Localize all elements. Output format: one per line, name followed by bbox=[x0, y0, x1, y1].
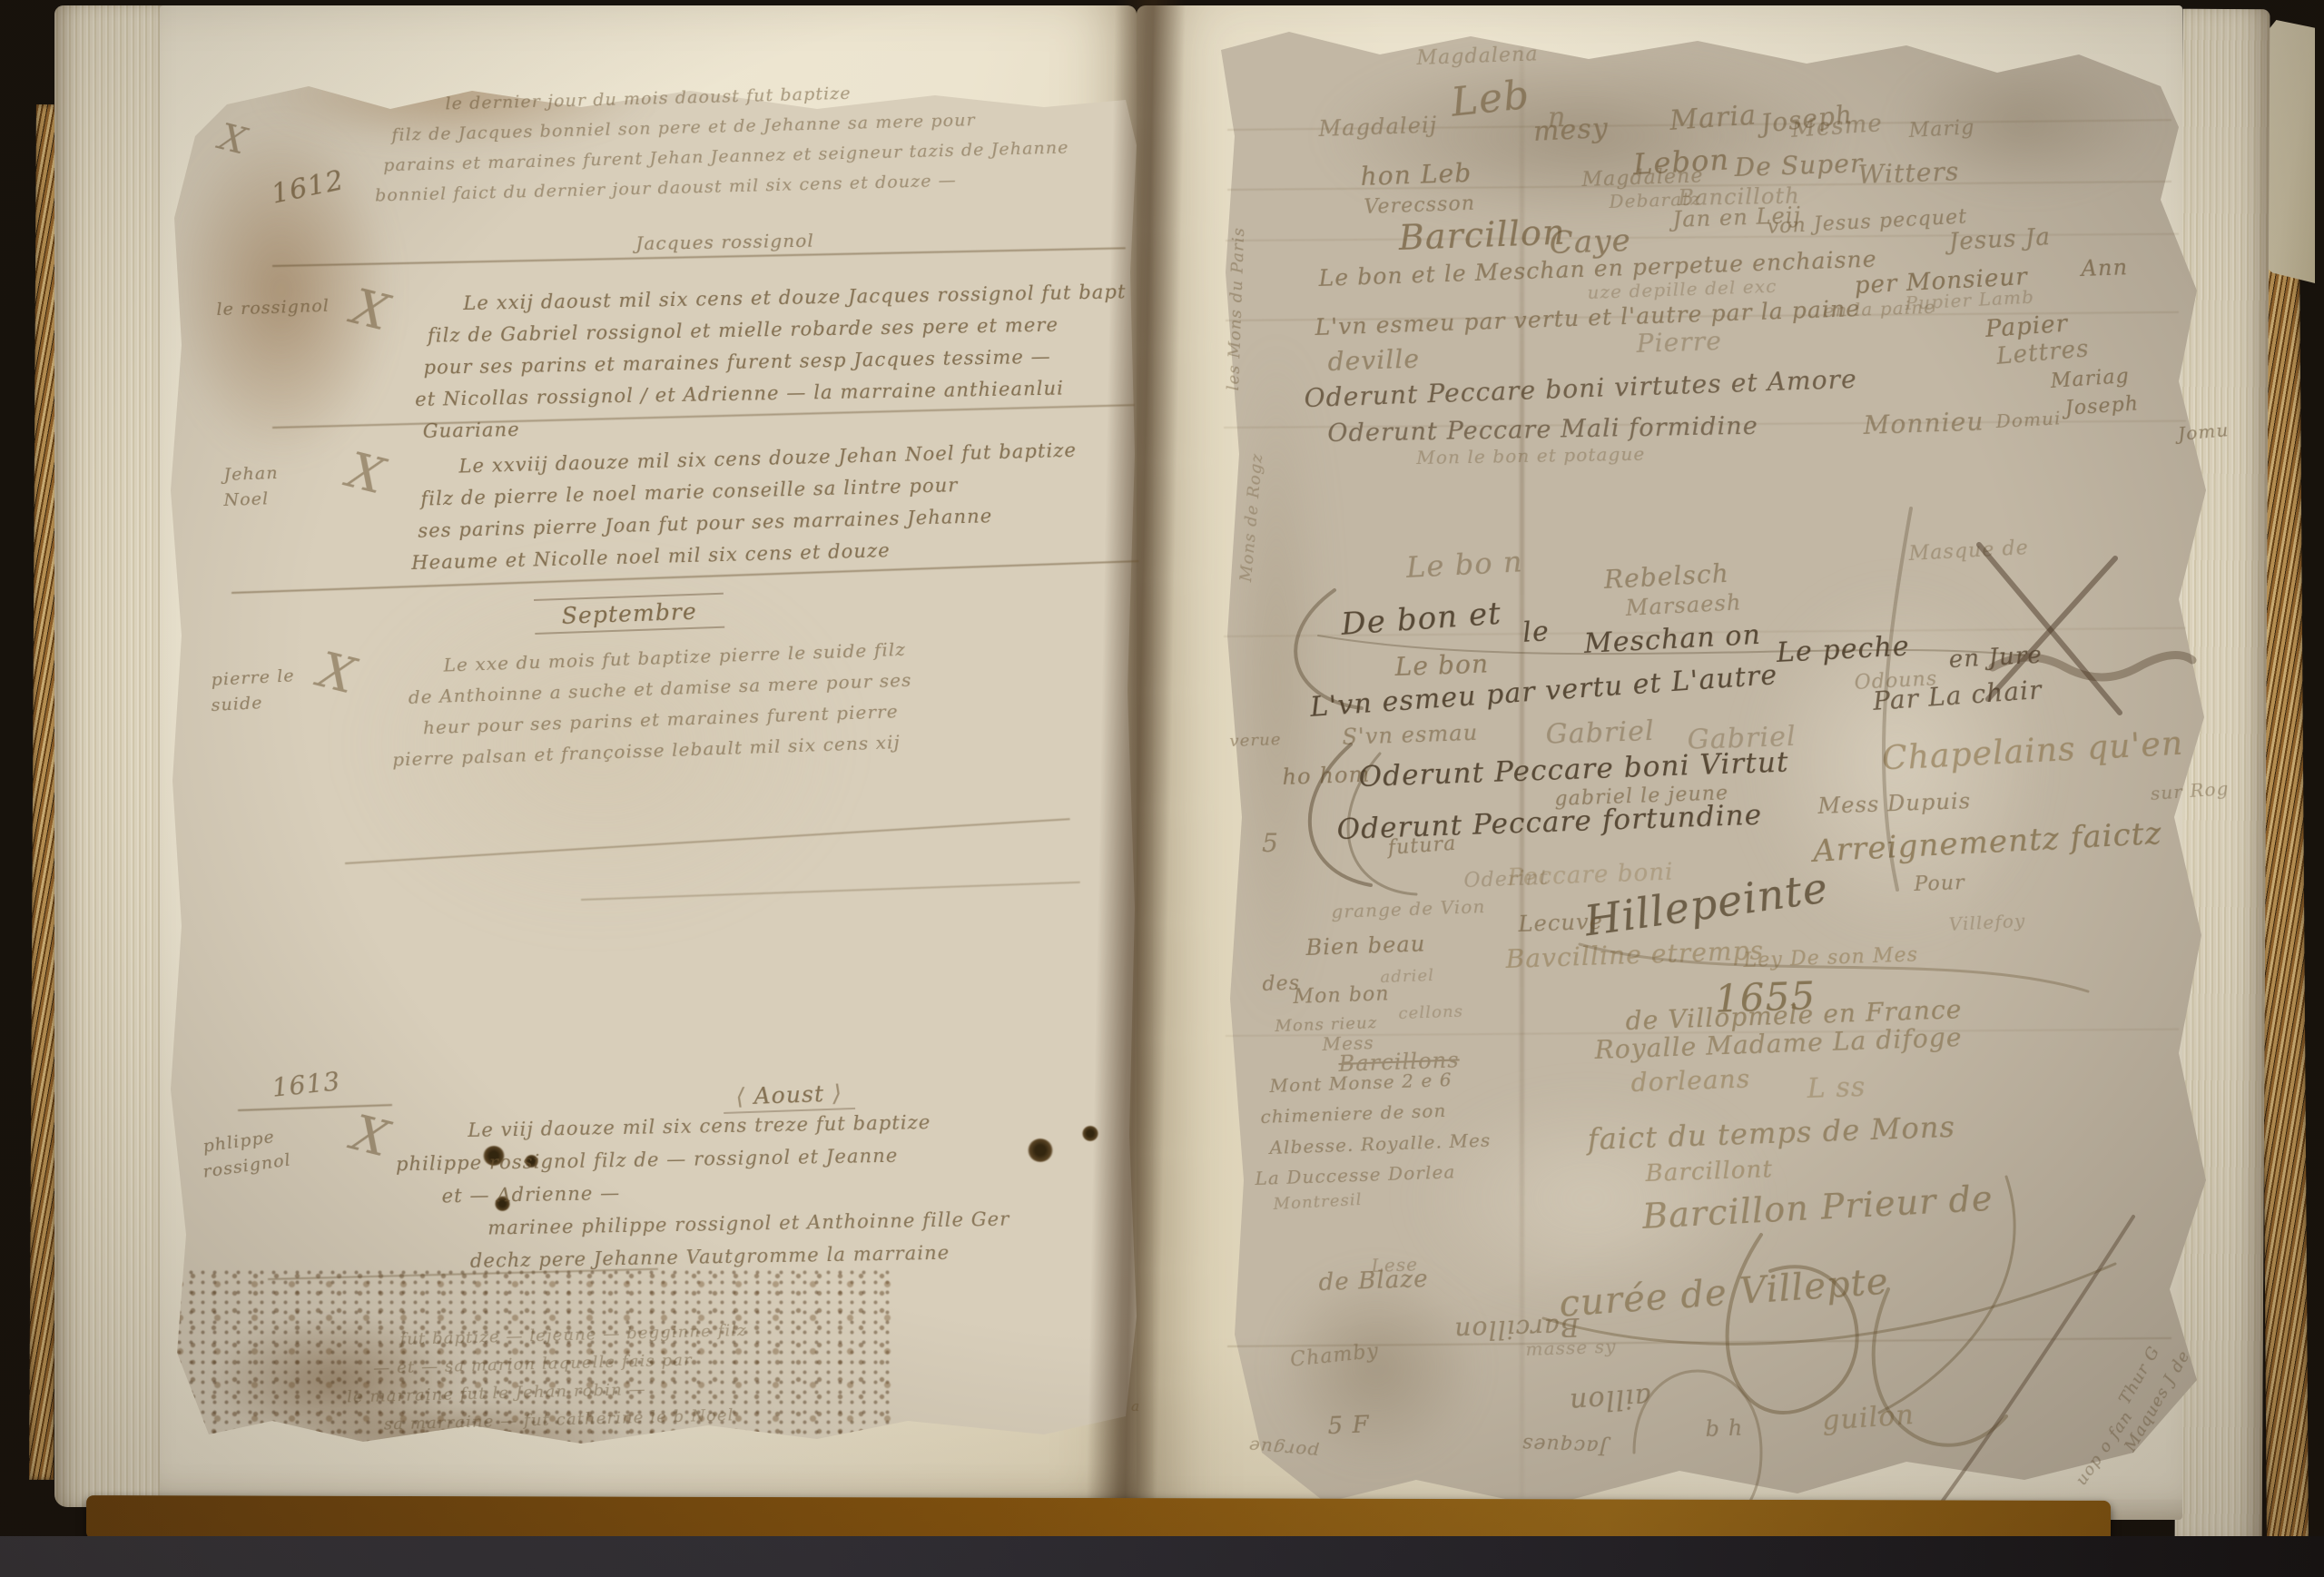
ink-flourishes bbox=[0, 0, 2324, 1577]
photograph-of-open-register-book: Xa16121613Jacques rossignolSeptembreAous… bbox=[0, 0, 2324, 1577]
